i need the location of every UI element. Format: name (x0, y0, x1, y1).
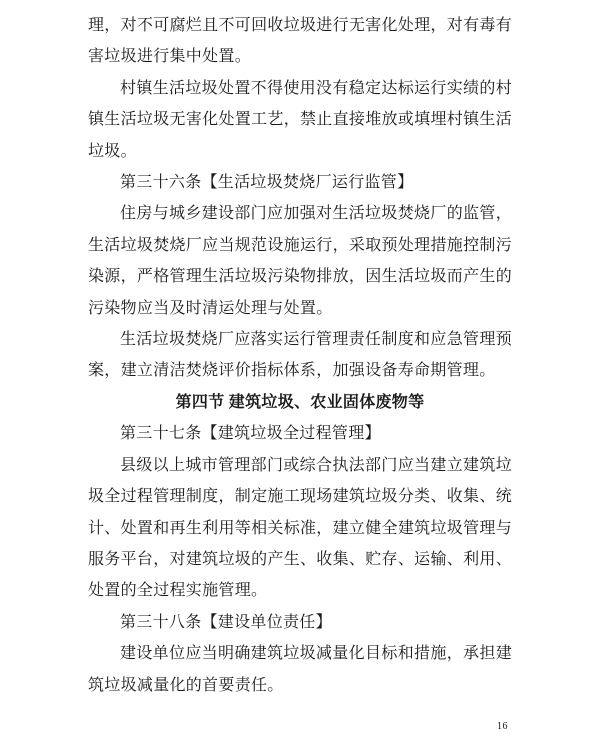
document-body: 理，对不可腐烂且不可回收垃圾进行无害化处理，对有毒有害垃圾进行集中处置。村镇生活… (88, 10, 512, 701)
section-heading: 第四节 建筑垃圾、农业固体废物等 (88, 387, 512, 418)
paragraph: 第三十八条【建设单位责任】 (88, 607, 512, 638)
paragraph: 县级以上城市管理部门或综合执法部门应当建立建筑垃圾全过程管理制度，制定施工现场建… (88, 450, 512, 607)
page-number: 16 (497, 721, 508, 732)
paragraph: 建设单位应当明确建筑垃圾减量化目标和措施，承担建筑垃圾减量化的首要责任。 (88, 638, 512, 701)
paragraph: 第三十六条【生活垃圾焚烧厂运行监管】 (88, 167, 512, 198)
paragraph: 生活垃圾焚烧厂应落实运行管理责任制度和应急管理预案，建立清洁焚烧评价指标体系，加… (88, 324, 512, 387)
paragraph: 住房与城乡建设部门应加强对生活垃圾焚烧厂的监管，生活垃圾焚烧厂应当规范设施运行，… (88, 198, 512, 324)
document-page: 理，对不可腐烂且不可回收垃圾进行无害化处理，对有毒有害垃圾进行集中处置。村镇生活… (0, 0, 600, 744)
paragraph: 理，对不可腐烂且不可回收垃圾进行无害化处理，对有毒有害垃圾进行集中处置。 (88, 10, 512, 73)
paragraph: 村镇生活垃圾处置不得使用没有稳定达标运行实绩的村镇生活垃圾无害化处置工艺，禁止直… (88, 73, 512, 167)
paragraph: 第三十七条【建筑垃圾全过程管理】 (88, 418, 512, 449)
